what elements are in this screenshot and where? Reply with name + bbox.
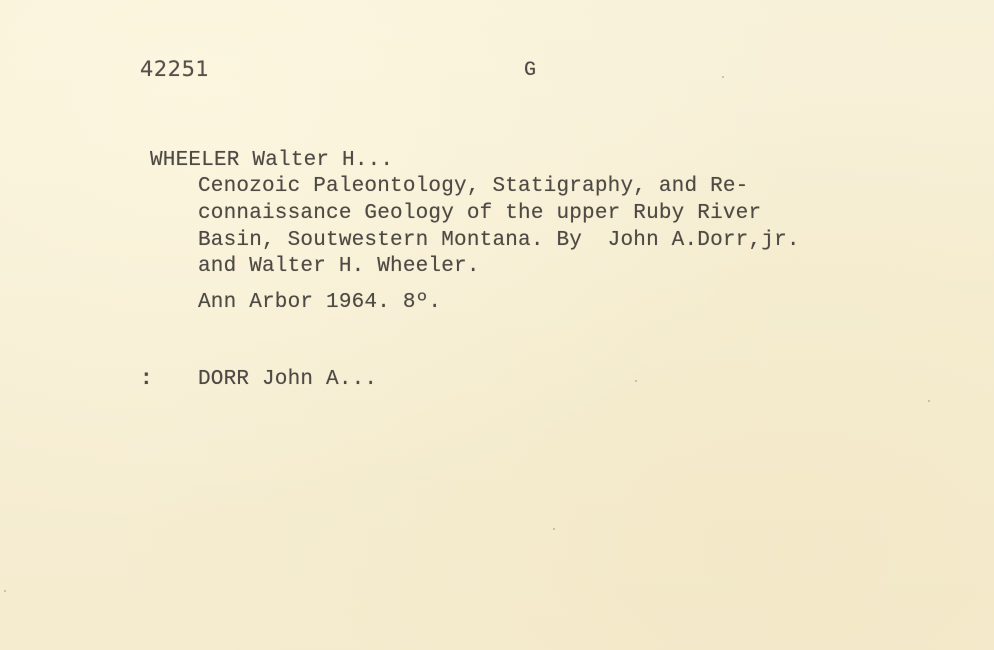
title-line: Cenozoic Paleontology, Statigraphy, and … <box>198 174 749 200</box>
paper-speck <box>928 400 930 402</box>
title-line: connaissance Geology of the upper Ruby R… <box>198 201 761 227</box>
imprint: Ann Arbor 1964. 8º. <box>198 290 441 316</box>
accession-number: 42251 <box>140 56 209 82</box>
title-line: Basin, Soutwestern Montana. By John A.Do… <box>198 228 800 254</box>
catalog-card: 42251 G WHEELER Walter H... Cenozoic Pal… <box>0 0 994 650</box>
title-line: and Walter H. Wheeler. <box>198 254 480 280</box>
paper-speck <box>4 590 6 592</box>
tracing-marker: : <box>140 367 153 393</box>
paper-speck <box>722 76 724 78</box>
paper-speck <box>553 528 555 530</box>
paper-speck <box>635 380 637 382</box>
main-entry-author: WHEELER Walter H... <box>150 148 393 174</box>
classification-letter: G <box>524 58 536 84</box>
added-entry: DORR John A... <box>198 367 377 393</box>
